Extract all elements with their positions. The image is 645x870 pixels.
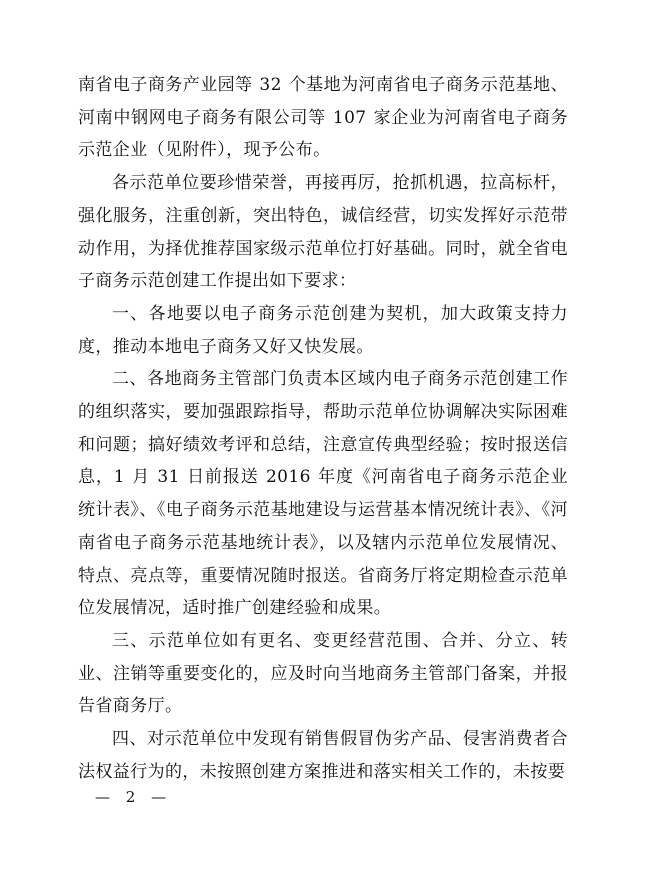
document-page: 南省电子商务产业园等 32 个基地为河南省电子商务示范基地、河南中钢网电子商务有…	[0, 0, 645, 870]
paragraph: 南省电子商务产业园等 32 个基地为河南省电子商务示范基地、河南中钢网电子商务有…	[78, 69, 568, 167]
paragraph: 四、对示范单位中发现有销售假冒伪劣产品、侵害消费者合法权益行为的，未按照创建方案…	[78, 723, 568, 788]
paragraph: 一、各地要以电子商务示范创建为契机，加大政策支持力度，推动本地电子商务又好又快发…	[78, 298, 568, 363]
page-number: — 2 —	[95, 786, 168, 808]
paragraph: 二、各地商务主管部门负责本区域内电子商务示范创建工作的组织落实，要加强跟踪指导，…	[78, 363, 568, 625]
paragraph: 各示范单位要珍惜荣誉，再接再厉，抢抓机遇，拉高标杆，强化服务，注重创新，突出特色…	[78, 167, 568, 298]
document-body: 南省电子商务产业园等 32 个基地为河南省电子商务示范基地、河南中钢网电子商务有…	[78, 69, 568, 788]
paragraph: 三、示范单位如有更名、变更经营范围、合并、分立、转业、注销等重要变化的，应及时向…	[78, 625, 568, 723]
